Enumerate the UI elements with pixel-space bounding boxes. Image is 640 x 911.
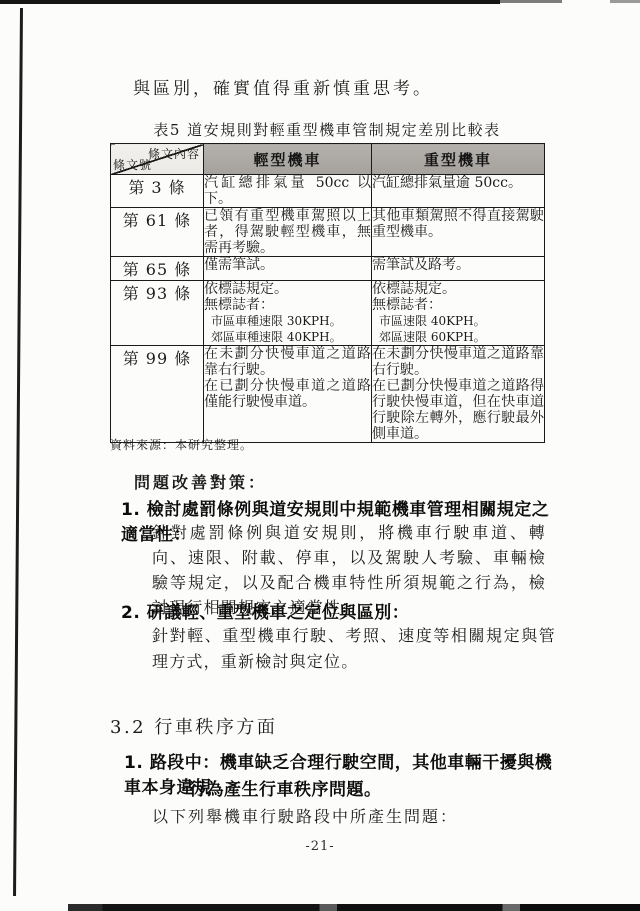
scan-edge-bottom [68,904,640,911]
source-note: 資料來源：本研究整理。 [110,436,253,453]
heavy-motorcycle-cell: 依標誌規定。無標誌者：市區速限 40KPH。郊區速限 60KPH。 [372,281,545,346]
cell-line: 依標誌規定。 [204,281,371,297]
article-number-cell: 第 65 條 [111,257,204,281]
table-row: 第 61 條已領有重型機車駕照以上者，得駕駛輕型機車，無需再考驗。其他車類駕照不… [111,208,545,257]
cell-line: 無標誌者： [372,297,544,313]
scan-edge-top [0,0,500,4]
cell-line: 在已劃分快慢車道之道路僅能行駛慢車道。 [204,378,371,410]
comparison-table-body: 第 3 條汽缸總排氣量 50cc 以下。汽缸總排氣量逾 50cc。第 61 條已… [111,175,545,443]
table-header-row: 條文內容 條文號 輕型機車 重型機車 [111,144,545,175]
section-lead-in: 以下列舉機車行駛路段中所產生問題： [152,804,458,827]
heavy-motorcycle-cell: 需筆試及路考。 [372,257,545,281]
heavy-motorcycle-cell: 汽缸總排氣量逾 50cc。 [372,175,545,208]
scan-edge-top-segment [610,0,640,3]
corner-label-article-no: 條文號 [113,156,152,173]
cell-line: 汽缸總排氣量逾 50cc。 [372,175,544,191]
cell-line: 已領有重型機車駕照以上者，得駕駛輕型機車，無需再考驗。 [204,208,371,256]
cell-line: 在未劃分快慢車道之道路靠右行駛。 [204,346,371,378]
comparison-table: 條文內容 條文號 輕型機車 重型機車 第 3 條汽缸總排氣量 50cc 以下。汽… [110,143,545,443]
column-header-light: 輕型機車 [204,144,372,175]
light-motorcycle-cell: 汽缸總排氣量 50cc 以下。 [204,175,372,208]
table-row: 第 65 條僅需筆試。需筆試及路考。 [111,257,545,281]
cell-line: 市區速限 40KPH。 [372,313,544,329]
cell-line: 市區車種速限 30KPH。 [204,313,371,329]
cell-line: 無標誌者： [204,297,371,313]
page-number: -21- [110,839,530,854]
table-row: 第 93 條依標誌規定。無標誌者：市區車種速限 30KPH。郊區車種速限 40K… [111,281,545,346]
scan-edge-top-segment [500,0,562,3]
table-row: 第 99 條在未劃分快慢車道之道路靠右行駛。在已劃分快慢車道之道路僅能行駛慢車道… [111,346,545,443]
heavy-motorcycle-cell: 其他車類駕照不得直接駕駛重型機車。 [372,208,545,257]
corner-label-content: 條文內容 [148,145,200,162]
article-number-cell: 第 61 條 [111,208,204,257]
countermeasure-item-2-title: 2. 研議輕、重型機車之定位與區別： [121,598,551,623]
corner-header-cell: 條文內容 條文號 [111,144,204,175]
scan-binding-line [13,8,23,896]
cell-line: 汽缸總排氣量 50cc 以下。 [204,175,371,207]
article-number-cell: 第 99 條 [111,346,204,443]
cell-line: 在未劃分快慢車道之道路靠右行駛。 [372,346,544,378]
cell-line: 需筆試及路考。 [372,257,544,273]
light-motorcycle-cell: 依標誌規定。無標誌者：市區車種速限 30KPH。郊區車種速限 40KPH。 [204,281,372,346]
countermeasure-item-2-body: 針對輕、重型機車行駛、考照、速度等相關規定與管理方式，重新檢討與定位。 [152,623,556,675]
document-page: 與區別，確實值得重新慎重思考。 表5 道安規則對輕重型機車管制規定差別比較表 條… [0,0,640,911]
light-motorcycle-cell: 在未劃分快慢車道之道路靠右行駛。在已劃分快慢車道之道路僅能行駛慢車道。 [204,346,372,443]
cell-line: 郊區速限 60KPH。 [372,329,544,345]
intro-text: 與區別，確實值得重新慎重思考。 [133,74,433,99]
table-row: 第 3 條汽缸總排氣量 50cc 以下。汽缸總排氣量逾 50cc。 [111,175,545,208]
cell-line: 其他車類駕照不得直接駕駛重型機車。 [372,208,544,240]
countermeasures-heading: 問題改善對策： [134,470,267,493]
cell-line: 僅需筆試。 [204,257,371,273]
section-item-line2: 行為產生行車秩序問題。 [189,775,569,800]
article-number-cell: 第 93 條 [111,281,204,346]
table-caption: 表5 道安規則對輕重型機車管制規定差別比較表 [110,119,544,140]
column-header-heavy: 重型機車 [372,144,545,175]
light-motorcycle-cell: 已領有重型機車駕照以上者，得駕駛輕型機車，無需再考驗。 [204,208,372,257]
cell-line: 郊區車種速限 40KPH。 [204,329,371,345]
article-number-cell: 第 3 條 [111,175,204,208]
light-motorcycle-cell: 僅需筆試。 [204,257,372,281]
cell-line: 依標誌規定。 [372,281,544,297]
section-heading: 3.2 行車秩序方面 [110,713,277,739]
cell-line: 在已劃分快慢車道之道路得行駛快慢車道，但在快車道行駛除左轉外，應行駛最外側車道。 [372,378,544,442]
heavy-motorcycle-cell: 在未劃分快慢車道之道路靠右行駛。在已劃分快慢車道之道路得行駛快慢車道，但在快車道… [372,346,545,443]
